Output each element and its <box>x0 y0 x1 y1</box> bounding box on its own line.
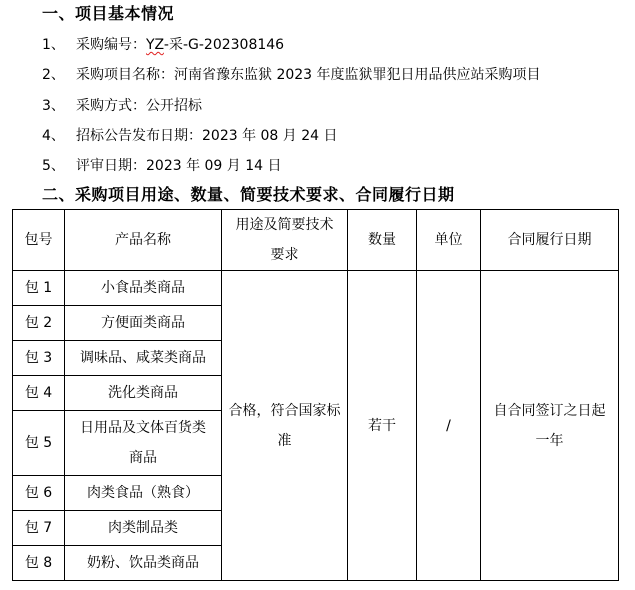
info-item-announcement-date: 4、招标公告发布日期：2023 年 08 月 24 日 <box>42 127 338 145</box>
item-label: 评审日期： <box>76 158 146 174</box>
header-contract-date: 合同履行日期 <box>481 210 619 271</box>
item-number: 1、 <box>42 36 76 54</box>
package-number: 包 7 <box>13 511 65 546</box>
merged-requirement: 合格，符合国家标准 <box>222 271 348 581</box>
package-number: 包 4 <box>13 376 65 411</box>
item-value-rest: -采-G-202308146 <box>164 37 284 53</box>
merged-unit: / <box>417 271 481 581</box>
package-number: 包 3 <box>13 341 65 376</box>
product-name: 肉类食品（熟食） <box>65 476 222 511</box>
item-label: 招标公告发布日期： <box>76 128 202 144</box>
section-1-title: 一、项目基本情况 <box>42 4 174 24</box>
item-number: 3、 <box>42 97 76 115</box>
header-package-number: 包号 <box>13 210 65 271</box>
header-quantity: 数量 <box>348 210 417 271</box>
header-requirements: 用途及简要技术要求 <box>222 210 348 271</box>
item-value: 公开招标 <box>146 98 202 114</box>
product-name: 日用品及文体百货类商品 <box>65 411 222 476</box>
item-value: 河南省豫东监狱 2023 年度监狱罪犯日用品供应站采购项目 <box>174 67 541 83</box>
table-header-row: 包号 产品名称 用途及简要技术要求 数量 单位 合同履行日期 <box>13 210 619 271</box>
product-name: 肉类制品类 <box>65 511 222 546</box>
item-label: 采购项目名称： <box>76 67 174 83</box>
item-number: 4、 <box>42 127 76 145</box>
info-item-review-date: 5、评审日期：2023 年 09 月 14 日 <box>42 157 282 175</box>
header-unit: 单位 <box>417 210 481 271</box>
info-item-project-name: 2、采购项目名称：河南省豫东监狱 2023 年度监狱罪犯日用品供应站采购项目 <box>42 66 541 84</box>
info-item-procurement-method: 3、采购方式：公开招标 <box>42 97 202 115</box>
spellcheck-flagged-text: YZ <box>146 37 164 53</box>
package-number: 包 6 <box>13 476 65 511</box>
item-label: 采购方式： <box>76 98 146 114</box>
product-name: 调味品、咸菜类商品 <box>65 341 222 376</box>
package-number: 包 8 <box>13 546 65 581</box>
item-value: 2023 年 08 月 24 日 <box>202 128 338 144</box>
section-2-title: 二、采购项目用途、数量、简要技术要求、合同履行日期 <box>42 185 455 205</box>
merged-quantity: 若干 <box>348 271 417 581</box>
info-item-procurement-number: 1、采购编号：YZ-采-G-202308146 <box>42 36 284 54</box>
item-number: 2、 <box>42 66 76 84</box>
table-row: 包 1 小食品类商品 合格，符合国家标准 若干 / 自合同签订之日起一年 <box>13 271 619 306</box>
package-number: 包 2 <box>13 306 65 341</box>
header-product-name: 产品名称 <box>65 210 222 271</box>
product-name: 洗化类商品 <box>65 376 222 411</box>
product-name: 奶粉、饮品类商品 <box>65 546 222 581</box>
package-number: 包 5 <box>13 411 65 476</box>
product-name: 小食品类商品 <box>65 271 222 306</box>
package-number: 包 1 <box>13 271 65 306</box>
item-value: 2023 年 09 月 14 日 <box>146 158 282 174</box>
item-number: 5、 <box>42 157 76 175</box>
item-value: YZ-采-G-202308146 <box>146 37 284 53</box>
procurement-table: 包号 产品名称 用途及简要技术要求 数量 单位 合同履行日期 包 1 小食品类商… <box>12 209 619 581</box>
merged-contract-date: 自合同签订之日起一年 <box>481 271 619 581</box>
product-name: 方便面类商品 <box>65 306 222 341</box>
item-label: 采购编号： <box>76 37 146 53</box>
